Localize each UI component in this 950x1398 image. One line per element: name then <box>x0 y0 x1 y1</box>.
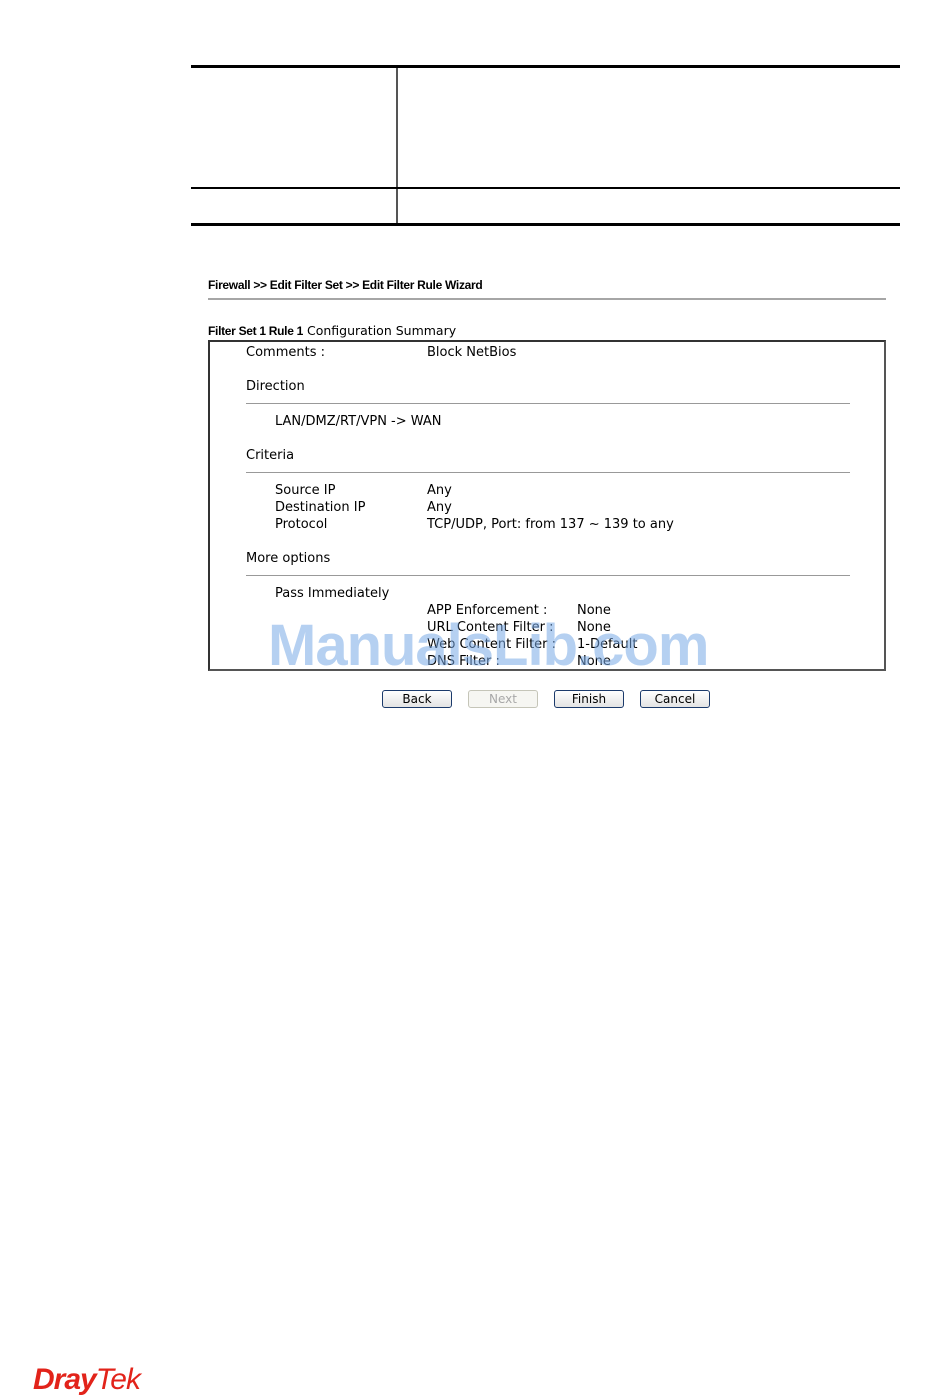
criteria-divider <box>246 472 850 473</box>
finish-button[interactable]: Finish <box>554 690 624 708</box>
next-button[interactable]: Next <box>468 690 538 708</box>
destination-ip-label: Destination IP <box>275 500 365 515</box>
cancel-button[interactable]: Cancel <box>640 690 710 708</box>
destination-ip-value: Any <box>427 500 452 515</box>
table-column-divider <box>396 68 398 223</box>
draytek-logo: DrayTek <box>33 1363 140 1397</box>
manual-table-fragment <box>191 65 900 225</box>
source-ip-label: Source IP <box>275 483 335 498</box>
protocol-value: TCP/UDP, Port: from 137 ~ 139 to any <box>427 517 674 532</box>
section-title-bold: Filter Set 1 Rule 1 <box>208 324 303 338</box>
direction-heading: Direction <box>246 379 305 394</box>
source-ip-value: Any <box>427 483 452 498</box>
criteria-heading: Criteria <box>246 448 294 463</box>
table-top-border <box>191 65 900 68</box>
more-options-heading: More options <box>246 551 330 566</box>
logo-part-tek: Tek <box>96 1363 140 1396</box>
logo-part-dray: Dray <box>33 1363 96 1396</box>
table-bottom-border <box>191 223 900 226</box>
section-title-rest: Configuration Summary <box>303 323 456 338</box>
action-value: Pass Immediately <box>275 586 389 601</box>
table-row-divider <box>191 187 900 189</box>
protocol-label: Protocol <box>275 517 327 532</box>
comments-value: Block NetBios <box>427 345 516 360</box>
breadcrumb: Firewall >> Edit Filter Set >> Edit Filt… <box>208 278 482 292</box>
comments-label: Comments : <box>246 345 325 360</box>
back-button[interactable]: Back <box>382 690 452 708</box>
direction-value: LAN/DMZ/RT/VPN -> WAN <box>275 414 442 429</box>
section-title: Filter Set 1 Rule 1 Configuration Summar… <box>208 323 456 338</box>
breadcrumb-divider <box>208 298 886 300</box>
watermark: ManualsLib.com <box>268 612 708 679</box>
direction-divider <box>246 403 850 404</box>
more-options-divider <box>246 575 850 576</box>
